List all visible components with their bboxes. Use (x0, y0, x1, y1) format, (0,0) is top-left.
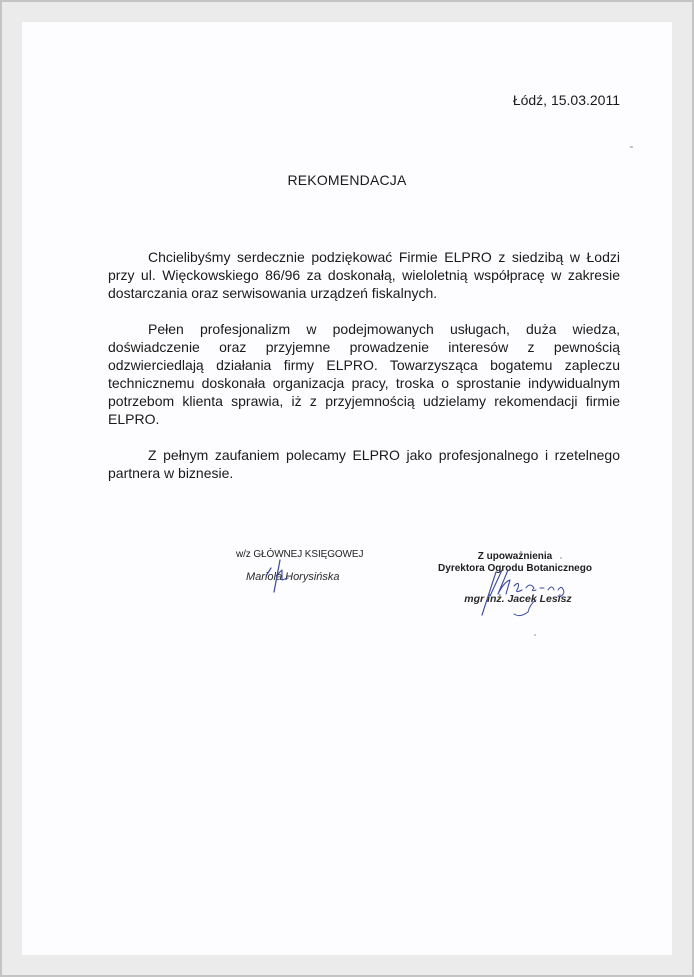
paragraph-thanks: Chcielibyśmy serdecznie podziękować Firm… (108, 248, 620, 302)
paragraph-professionalism: Pełen profesjonalizm w podejmowanych usł… (108, 320, 620, 428)
place-date: Łódź, 15.03.2011 (490, 91, 620, 109)
letter-body: Chcielibyśmy serdecznie podziękować Firm… (108, 248, 620, 500)
signature-left-role: w/z GŁÓWNEJ KSIĘGOWEJ (236, 549, 366, 561)
signature-right-title: Dyrektora Ogrodu Botanicznego (430, 563, 600, 575)
document-title: REKOMENDACJA (0, 171, 694, 189)
signature-block-left: w/z GŁÓWNEJ KSIĘGOWEJ Mariola Horysińska (236, 549, 366, 584)
signature-right-authorization: Z upoważnienia (430, 551, 600, 563)
signature-block-right: Z upoważnienia Dyrektora Ogrodu Botanicz… (430, 551, 600, 605)
scan-speck (534, 634, 536, 636)
signature-left-name: Mariola Horysińska (246, 571, 366, 584)
paragraph-recommendation: Z pełnym zaufaniem polecamy ELPRO jako p… (108, 446, 620, 482)
signature-right-name: mgr inż. Jacek Lesisz (436, 593, 600, 605)
scan-speck (630, 146, 633, 148)
